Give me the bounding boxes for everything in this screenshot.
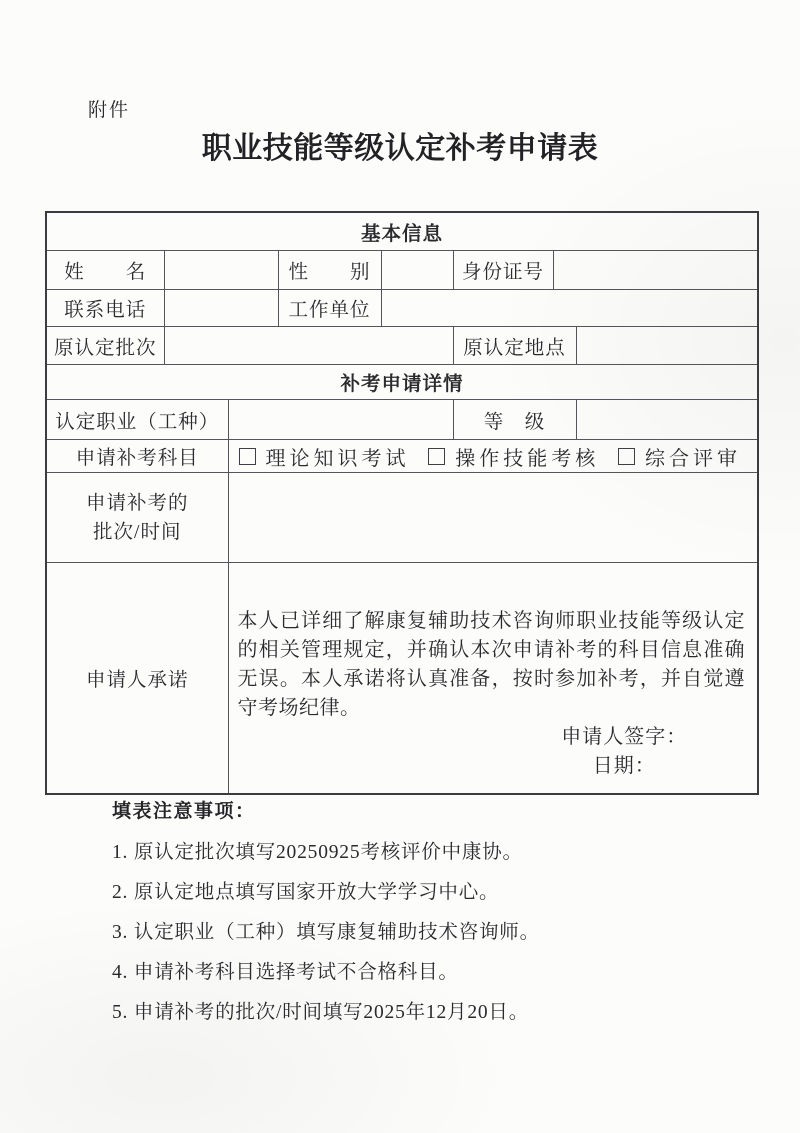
signature-label: 申请人签字： xyxy=(492,723,758,752)
id-number-label: 身份证号 xyxy=(453,251,553,290)
workunit-value-cell xyxy=(381,290,758,327)
original-batch-label: 原认定批次 xyxy=(46,327,164,365)
note-item-1: 1. 原认定批次填写20250925考核评价中康协。 xyxy=(112,841,757,865)
original-location-value-cell xyxy=(576,327,758,365)
retake-batch-time-label: 申请补考的 批次/时间 xyxy=(46,473,228,563)
original-location-label: 原认定地点 xyxy=(453,327,576,365)
level-value-cell xyxy=(576,400,758,440)
occupation-label: 认定职业（工种） xyxy=(46,400,228,440)
commitment-label: 申请人承诺 xyxy=(46,563,228,795)
subject-checkbox-row: 理论知识考试 操作技能考核 综合评审 xyxy=(229,442,758,471)
gender-label: 性 别 xyxy=(278,251,381,290)
retake-batch-label-line1: 申请补考的 xyxy=(47,489,228,518)
id-number-value-cell xyxy=(553,251,758,290)
retake-subjects-options: 理论知识考试 操作技能考核 综合评审 xyxy=(228,440,758,473)
notes-heading: 填表注意事项： xyxy=(112,800,757,824)
attachment-label: 附件 xyxy=(88,99,130,123)
note-item-4: 4. 申请补考科目选择考试不合格科目。 xyxy=(112,961,757,985)
row-retake-batch-time: 申请补考的 批次/时间 xyxy=(46,473,758,563)
application-form-table: 基本信息 姓 名 性 别 身份证号 联系电话 工作单位 原认定批次 原认定地点 … xyxy=(45,211,759,795)
row-applicant-commitment: 申请人承诺 本人已详细了解康复辅助技术咨询师职业技能等级认定的相关管理规定，并确… xyxy=(46,563,758,795)
gender-value-cell xyxy=(381,251,453,290)
document-page: 附件 职业技能等级认定补考申请表 基本信息 姓 名 性 别 身份证号 联系电话 … xyxy=(0,0,800,1133)
signature-block: 申请人签字： 日期： xyxy=(492,723,758,781)
phone-label: 联系电话 xyxy=(46,290,164,327)
note-item-3: 3. 认定职业（工种）填写康复辅助技术咨询师。 xyxy=(112,921,757,945)
row-retake-subjects: 申请补考科目 理论知识考试 操作技能考核 综合评审 xyxy=(46,440,758,473)
phone-value-cell xyxy=(164,290,278,327)
filling-notes: 填表注意事项： 1. 原认定批次填写20250925考核评价中康协。 2. 原认… xyxy=(112,800,757,1041)
checkbox-icon xyxy=(239,448,256,465)
row-phone-workunit: 联系电话 工作单位 xyxy=(46,290,758,327)
original-batch-value-cell xyxy=(164,327,453,365)
subject-option-label: 综合评审 xyxy=(645,442,741,471)
page-title: 职业技能等级认定补考申请表 xyxy=(0,130,800,168)
row-name-gender-id: 姓 名 性 别 身份证号 xyxy=(46,251,758,290)
row-original-batch-location: 原认定批次 原认定地点 xyxy=(46,327,758,365)
checkbox-icon xyxy=(618,448,635,465)
retake-batch-time-value-cell xyxy=(228,473,758,563)
commitment-content-cell: 本人已详细了解康复辅助技术咨询师职业技能等级认定的相关管理规定，并确认本次申请补… xyxy=(228,563,758,795)
name-value-cell xyxy=(164,251,278,290)
section-header-retake-details: 补考申请详情 xyxy=(46,365,758,400)
subject-option-theory: 理论知识考试 xyxy=(239,442,410,471)
section-header-basic-info: 基本信息 xyxy=(46,212,758,251)
note-item-5: 5. 申请补考的批次/时间填写2025年12月20日。 xyxy=(112,1001,757,1025)
workunit-label: 工作单位 xyxy=(278,290,381,327)
name-label: 姓 名 xyxy=(46,251,164,290)
subject-option-label: 理论知识考试 xyxy=(266,442,410,471)
retake-batch-label-line2: 批次/时间 xyxy=(47,518,228,547)
checkbox-icon xyxy=(428,448,445,465)
subject-option-comprehensive: 综合评审 xyxy=(618,442,741,471)
retake-subjects-label: 申请补考科目 xyxy=(46,440,228,473)
subject-option-skill: 操作技能考核 xyxy=(428,442,599,471)
date-label: 日期： xyxy=(492,752,758,781)
subject-option-label: 操作技能考核 xyxy=(455,442,599,471)
commitment-text: 本人已详细了解康复辅助技术咨询师职业技能等级认定的相关管理规定，并确认本次申请补… xyxy=(238,607,746,723)
level-label: 等 级 xyxy=(453,400,576,440)
section-row-retake-details: 补考申请详情 xyxy=(46,365,758,400)
row-occupation-level: 认定职业（工种） 等 级 xyxy=(46,400,758,440)
section-row-basic-info: 基本信息 xyxy=(46,212,758,251)
note-item-2: 2. 原认定地点填写国家开放大学学习中心。 xyxy=(112,881,757,905)
occupation-value-cell xyxy=(228,400,453,440)
